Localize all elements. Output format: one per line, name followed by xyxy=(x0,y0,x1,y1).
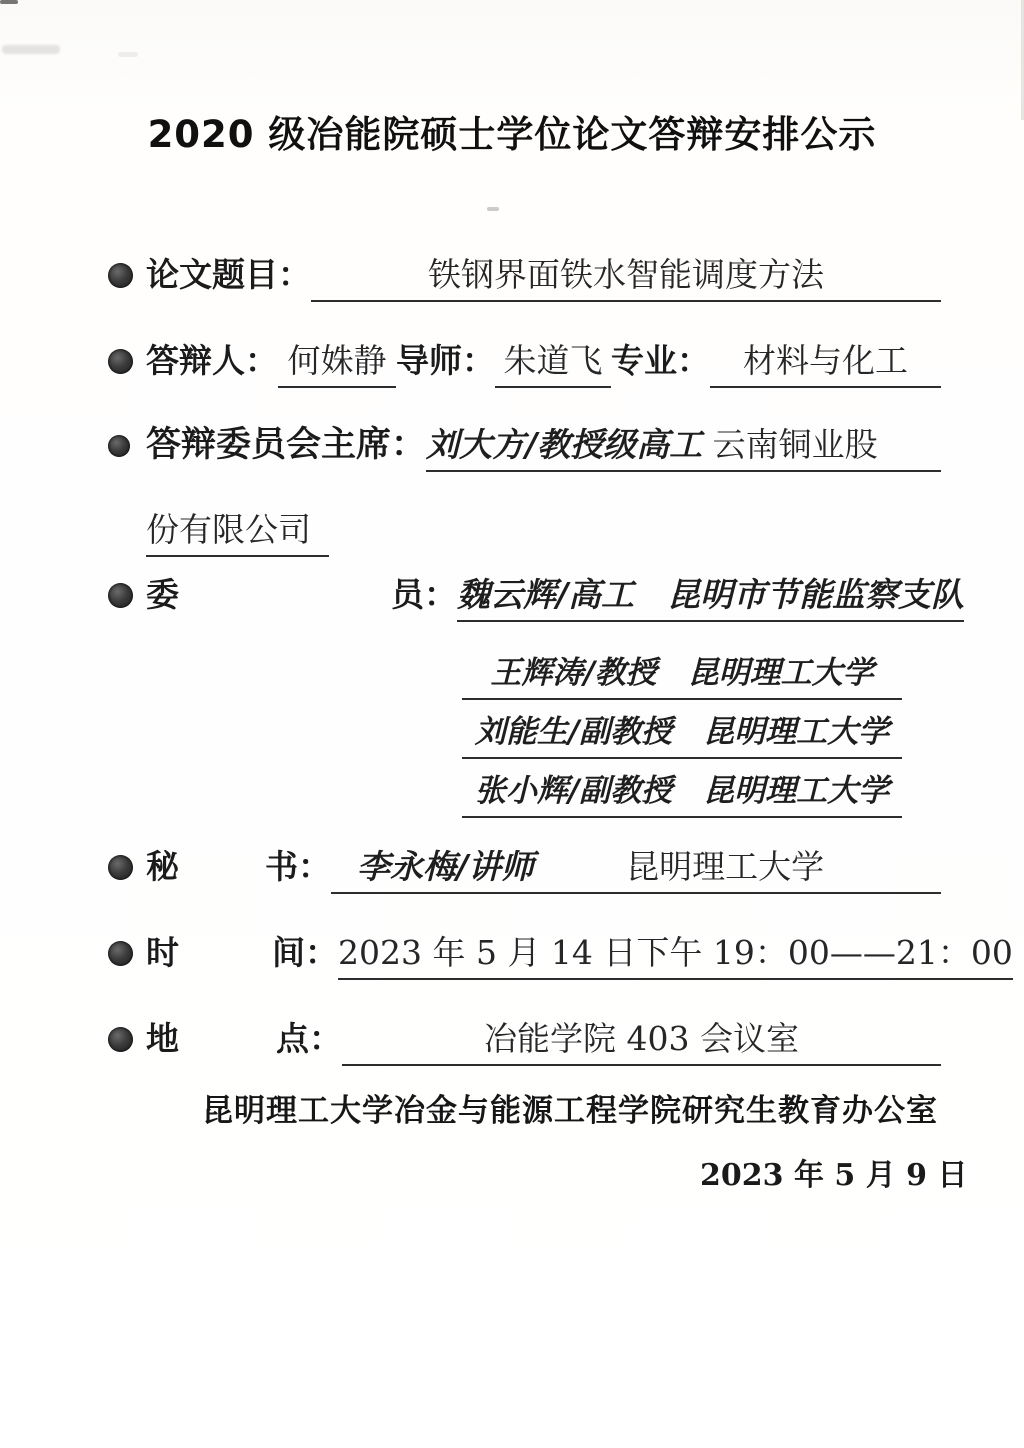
committee-member-row: 王辉涛/教授 昆明理工大学 xyxy=(462,648,902,700)
committee-label-char: 委 xyxy=(146,570,179,620)
committee-member-row: 刘能生/副教授 昆明理工大学 xyxy=(462,707,902,759)
defender-label: 答辩人： xyxy=(146,336,278,386)
row-committee-members: 委员： 魏云辉/高工 昆明市节能监察支队 xyxy=(146,570,941,622)
place-label: 地点： xyxy=(146,1014,342,1064)
page-title: 2020 级冶能院硕士学位论文答辩安排公示 xyxy=(0,104,1024,158)
committee-member-2: 刘能生/副教授 昆明理工大学 xyxy=(462,707,902,759)
place-label-colon: 点： xyxy=(276,1014,342,1064)
bullet-icon xyxy=(108,263,133,288)
secretary-label-char: 秘 xyxy=(146,842,179,892)
time-label-colon: 间： xyxy=(272,928,338,978)
committee-label-colon: 员： xyxy=(391,570,457,620)
thesis-title-value: 铁钢界面铁水智能调度方法 xyxy=(311,250,941,302)
row-place: 地点： 冶能学院 403 会议室 xyxy=(146,1014,941,1066)
time-label-char: 时 xyxy=(146,928,179,978)
place-value: 冶能学院 403 会议室 xyxy=(342,1014,941,1066)
secretary-value: 李永梅/讲师昆明理工大学 xyxy=(331,842,941,894)
bullet-icon xyxy=(108,855,133,880)
committee-member-0: 魏云辉/高工 昆明市节能监察支队 xyxy=(457,570,964,622)
row-secretary: 秘书： 李永梅/讲师昆明理工大学 xyxy=(146,842,941,894)
secretary-name-title: 李永梅/讲师 xyxy=(357,842,534,892)
bullet-icon xyxy=(108,435,130,457)
advisor-label: 导师： xyxy=(396,336,495,386)
major-value: 材料与化工 xyxy=(710,336,941,388)
footer-date: 2023 年 5 月 9 日 xyxy=(700,1150,940,1194)
chair-label: 答辩委员会主席： xyxy=(146,420,426,470)
bullet-icon xyxy=(108,941,133,966)
secretary-label-colon: 书： xyxy=(265,842,331,892)
chair-value: 刘大方/教授级高工 云南铜业股 xyxy=(426,420,941,472)
bullet-icon xyxy=(108,583,133,608)
time-value: 2023 年 5 月 14 日下午 19：00——21：00 xyxy=(338,928,1013,980)
major-label: 专业： xyxy=(611,336,710,386)
committee-label: 委员： xyxy=(146,570,457,620)
chair-name-title: 刘大方/教授级高工 xyxy=(426,425,702,464)
secretary-org: 昆明理工大学 xyxy=(626,842,824,892)
chair-org-part1: 云南铜业股 xyxy=(702,425,878,464)
committee-member-row: 张小辉/副教授 昆明理工大学 xyxy=(462,766,902,818)
thesis-title-label: 论文题目： xyxy=(146,250,311,300)
chair-org-part2: 份有限公司 xyxy=(146,505,329,557)
committee-member-3: 张小辉/副教授 昆明理工大学 xyxy=(462,766,902,818)
row-thesis-title: 论文题目： 铁钢界面铁水智能调度方法 xyxy=(146,250,941,302)
secretary-label: 秘书： xyxy=(146,842,331,892)
row-committee-chair: 答辩委员会主席： 刘大方/教授级高工 云南铜业股 xyxy=(146,420,941,472)
row-committee-chair-wrap: 份有限公司 xyxy=(146,505,941,557)
row-defender: 答辩人： 何姝静 导师： 朱道飞 专业： 材料与化工 xyxy=(146,336,941,388)
scan-artifact xyxy=(0,0,18,4)
defender-name: 何姝静 xyxy=(278,336,396,388)
bullet-icon xyxy=(108,349,133,374)
scan-artifact xyxy=(2,45,60,54)
scanned-announcement-page: 2020 级冶能院硕士学位论文答辩安排公示 论文题目： 铁钢界面铁水智能调度方法… xyxy=(0,0,1024,1448)
scan-artifact xyxy=(487,207,499,211)
scan-artifact xyxy=(118,52,138,57)
advisor-name: 朱道飞 xyxy=(495,336,611,388)
place-label-char: 地 xyxy=(146,1014,179,1064)
committee-member-1: 王辉涛/教授 昆明理工大学 xyxy=(462,648,902,700)
footer-office-name: 昆明理工大学冶金与能源工程学院研究生教育办公室 xyxy=(200,1085,940,1130)
bullet-icon xyxy=(108,1027,133,1052)
row-time: 时间： 2023 年 5 月 14 日下午 19：00——21：00 xyxy=(146,928,941,980)
time-label: 时间： xyxy=(146,928,338,978)
